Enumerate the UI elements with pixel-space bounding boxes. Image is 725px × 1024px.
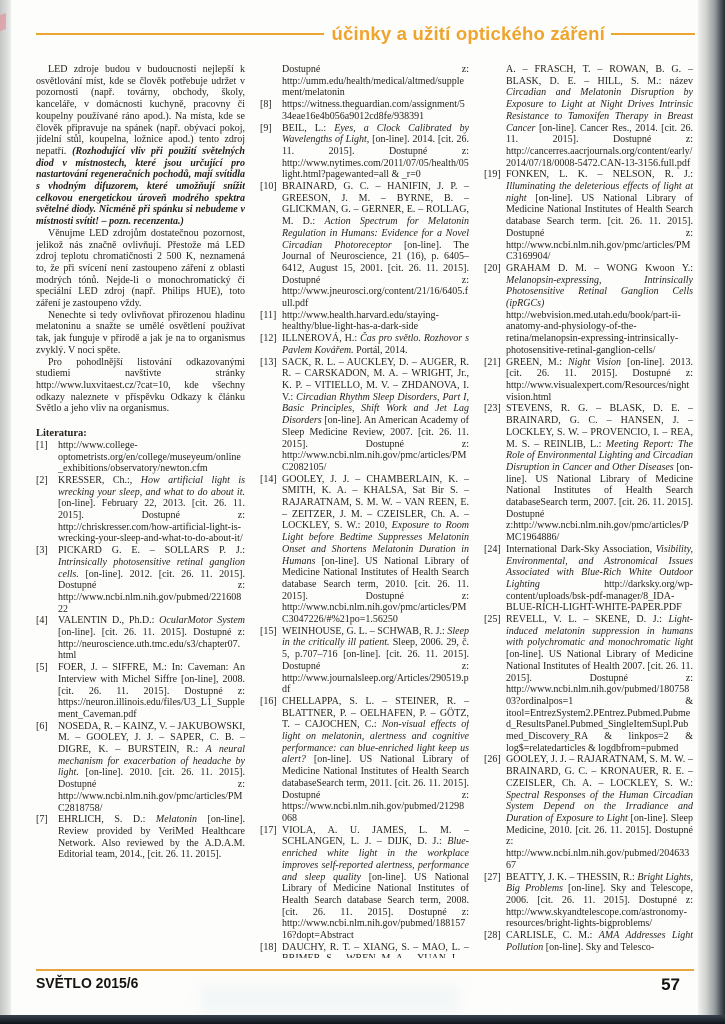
text-column-left: LED zdroje budou v budoucnosti nejlepší …	[36, 64, 245, 958]
text-run: [on-line]. 2010. [cit. 26. 11. 2015]. Do…	[58, 767, 245, 813]
reference-continuation: Dostupné z: http://umm.edu/health/medica…	[260, 64, 469, 99]
text-column-middle: Dostupné z: http://umm.edu/health/medica…	[260, 64, 469, 958]
scan-edge-right	[698, 0, 725, 1024]
reference-item: [6]NOSEDA, R. – KAINZ, V. – JAKUBOWSKI, …	[36, 721, 245, 815]
text-run: http://www.college-optometrists.org/en/c…	[58, 440, 241, 474]
text-run: [on-line]. US National Library of Medici…	[506, 649, 693, 754]
reference-number: [16]	[260, 696, 277, 708]
text-run: LED zdroje budou v budoucnosti nejlepší …	[36, 64, 245, 157]
reference-number: [4]	[36, 615, 48, 627]
text-run: ILLNEROVÁ, H.:	[282, 333, 360, 344]
text-run: REVELL, V. L. – SKENE, D. J.:	[506, 614, 669, 625]
text-run: (Rozhodující vliv při použití světelných…	[36, 146, 245, 227]
paragraph: LED zdroje budou v budoucnosti nejlepší …	[36, 64, 245, 228]
text-run: [on-line]. [cit. 26. 11. 2015]. Dostupné…	[58, 627, 245, 661]
reference-number: [11]	[260, 310, 276, 322]
reference-number: [10]	[260, 181, 277, 193]
reference-number: [20]	[484, 263, 501, 275]
reference-item: [19]FONKEN, L. K. – NELSON, R. J.: Illum…	[484, 169, 693, 263]
paragraph: Nenechte si tedy ovlivňovat přirozenou h…	[36, 310, 245, 357]
text-run: WEINHOUSE, G. L. – SCHWAB, R. J.:	[282, 626, 447, 637]
reference-number: [14]	[260, 474, 277, 486]
reference-number: [5]	[36, 662, 48, 674]
scan-edge-left	[0, 0, 11, 1024]
reference-number: [24]	[484, 544, 501, 556]
text-run: https://witness.theguardian.com/assignme…	[282, 99, 465, 122]
reference-number: [19]	[484, 169, 501, 181]
text-run: A. – FRASCH, T. – ROWAN, B. G. – BLASK, …	[506, 64, 693, 87]
reference-item: [8]https://witness.theguardian.com/assig…	[260, 99, 469, 122]
reference-number: [9]	[260, 123, 272, 135]
reference-item: [18]DAUCHY, R. T. – XIANG, S. – MAO, L. …	[260, 942, 469, 958]
text-run: Melanopsin-expressing, Intrinsically Pho…	[506, 275, 693, 309]
paragraph: Věnujme LED zdrojům dostatečnou pozornos…	[36, 228, 245, 310]
text-run: [on-line]. US National Library of Medici…	[506, 193, 693, 263]
text-run: OcularMotor System	[159, 615, 245, 626]
reference-item: [2]KRESSER, Ch.:, How artificial light i…	[36, 475, 245, 545]
text-run: Věnujme LED zdrojům dostatečnou pozornos…	[36, 228, 245, 309]
magazine-page: účinky a užití optického záření LED zdro…	[0, 0, 725, 1024]
section-title: účinky a užití optického záření	[324, 23, 611, 45]
text-run: Nenechte si tedy ovlivňovat přirozenou h…	[36, 310, 245, 356]
text-run: [on-line]. US National Library of Medici…	[506, 462, 693, 543]
reference-item: [10]BRAINARD, G. C. – HANIFIN, J. P. – G…	[260, 181, 469, 310]
reference-item: [9]BEIL, L.: Eyes, a Clock Calibrated by…	[260, 123, 469, 182]
paragraph: Pro pohodlnější listování odkazovanými s…	[36, 357, 245, 416]
text-run: http://www.health.harvard.edu/staying-he…	[282, 310, 439, 333]
text-run: GRAHAM D. M. – WONG Kwoon Y.:	[506, 263, 693, 274]
text-column-right: A. – FRASCH, T. – ROWAN, B. G. – BLASK, …	[484, 64, 693, 958]
reference-item: [13]SACK, R. L. – AUCKLEY, D. – AUGER, R…	[260, 357, 469, 474]
text-run: International Dark-Sky Association,	[506, 544, 656, 555]
reference-number: [18]	[260, 942, 277, 954]
reference-number: [15]	[260, 626, 277, 638]
text-run: http://webvision.med.utah.edu/book/part-…	[506, 310, 681, 356]
reference-item: [4]VALENTIN D., Ph.D.: OcularMotor Syste…	[36, 615, 245, 662]
reference-number: [12]	[260, 333, 277, 345]
reference-number: [8]	[260, 99, 272, 111]
page-header: účinky a užití optického záření	[36, 22, 695, 46]
text-run: PICKARD G. E. – SOLLARS P. J.:	[58, 545, 245, 556]
reference-item: [20]GRAHAM D. M. – WONG Kwoon Y.: Melano…	[484, 263, 693, 357]
reference-item: [7]EHRLICH, S. D.: Melatonin [on-line]. …	[36, 814, 245, 861]
journal-issue-label: SVĚTLO 2015/6	[36, 975, 146, 993]
reference-item: [14]GOOLEY, J. J. – CHAMBERLAIN, K. – SM…	[260, 474, 469, 626]
reference-item: [12]ILLNEROVÁ, H.: Čas pro světlo. Rozho…	[260, 333, 469, 356]
reference-number: [25]	[484, 614, 501, 626]
page-footer: SVĚTLO 2015/6 57	[36, 975, 694, 995]
reference-item: [5]FOER, J. – SIFFRE, M.: In: Caveman: A…	[36, 662, 245, 721]
reference-number: [13]	[260, 357, 277, 369]
text-run: Dostupné z: http://umm.edu/health/medica…	[282, 64, 469, 98]
reference-item: [25]REVELL, V. L. – SKENE, D. J.: Light-…	[484, 614, 693, 754]
literature-heading: Literatura:	[36, 428, 245, 440]
reference-number: [1]	[36, 440, 48, 452]
reference-number: [27]	[484, 872, 501, 884]
footer-rule	[36, 969, 694, 971]
page-number: 57	[661, 975, 680, 995]
text-run: CARLISLE, C. M.:	[506, 930, 599, 941]
article-body: LED zdroje budou v budoucnosti nejlepší …	[36, 64, 695, 958]
text-run: VIOLA, A. U. JAMES, L. M. – SCHLANGEN, L…	[282, 825, 469, 848]
text-run: KRESSER, Ch.:,	[58, 475, 141, 486]
reference-item: [26]GOOLEY, J. J. – RAJARATNAM, S. M. W.…	[484, 754, 693, 871]
reference-item: [27]BEATTY, J. K. – THESSIN, R.: Bright …	[484, 872, 693, 931]
reference-number: [2]	[36, 475, 48, 487]
text-run: Pro pohodlnější listování odkazovanými s…	[36, 357, 245, 415]
text-run: BEATTY, J. K. – THESSIN, R.:	[506, 872, 637, 883]
reference-number: [21]	[484, 357, 501, 369]
text-run: [on-line]. Cancer Res., 2014. [cit. 26. …	[506, 123, 693, 169]
text-run: GREEN, M.:	[506, 357, 568, 368]
reference-item: [16]CHELLAPPA, S. L. – STEINER, R. – BLA…	[260, 696, 469, 825]
text-run: VALENTIN D., Ph.D.:	[58, 615, 159, 626]
text-run: DAUCHY, R. T. – XIANG, S. – MAO, L. – BR…	[282, 942, 469, 958]
scan-edge-bottom	[0, 1015, 725, 1024]
text-run: Night Vision	[568, 357, 621, 368]
text-run: Melatonin	[156, 814, 197, 825]
reference-item: [1]http://www.college-optometrists.org/e…	[36, 440, 245, 475]
reference-number: [3]	[36, 545, 48, 557]
text-run: EHRLICH, S. D.:	[58, 814, 156, 825]
text-run: [on-line]. Sky and Telesco-	[543, 942, 654, 953]
reference-item: [24]International Dark-Sky Association, …	[484, 544, 693, 614]
reference-item: [15]WEINHOUSE, G. L. – SCHWAB, R. J.: Sl…	[260, 626, 469, 696]
reference-item: [28]CARLISLE, C. M.: AMA Addresses Light…	[484, 930, 693, 953]
text-run: Portál, 2014.	[354, 345, 408, 356]
text-run: FONKEN, L. K. – NELSON, R. J.:	[506, 169, 693, 180]
reference-number: [28]	[484, 930, 501, 942]
reference-number: [17]	[260, 825, 277, 837]
reference-number: [6]	[36, 721, 48, 733]
reference-item: [21]GREEN, M.: Night Vision [on-line]. 2…	[484, 357, 693, 404]
text-run: [on-line]. February 22, 2013. [cit. 26. …	[58, 498, 245, 544]
text-run: [on-line]. 2012. [cit. 26. 11. 2015]. Do…	[58, 569, 245, 615]
reference-item: [17]VIOLA, A. U. JAMES, L. M. – SCHLANGE…	[260, 825, 469, 942]
reference-number: [26]	[484, 754, 501, 766]
reference-item: [11]http://www.health.harvard.edu/stayin…	[260, 310, 469, 333]
header-rule-left	[36, 33, 324, 35]
text-run: Literatura:	[36, 428, 87, 439]
header-rule-right	[611, 33, 695, 35]
text-run: BEIL, L.:	[282, 123, 334, 134]
text-run: GOOLEY, J. J. – RAJARATNAM, S. M. W. – B…	[506, 754, 693, 788]
reference-continuation: A. – FRASCH, T. – ROWAN, B. G. – BLASK, …	[484, 64, 693, 169]
text-run: FOER, J. – SIFFRE, M.: In: Caveman: An I…	[58, 662, 245, 720]
scan-artifact	[0, 13, 6, 31]
text-run: [on-line]. US National Library of Medici…	[282, 754, 469, 824]
reference-item: [3]PICKARD G. E. – SOLLARS P. J.: Intrin…	[36, 545, 245, 615]
reference-number: [7]	[36, 814, 48, 826]
reference-item: [23]STEVENS, R. G. – BLASK, D. E. – BRAI…	[484, 403, 693, 543]
reference-number: [23]	[484, 403, 501, 415]
